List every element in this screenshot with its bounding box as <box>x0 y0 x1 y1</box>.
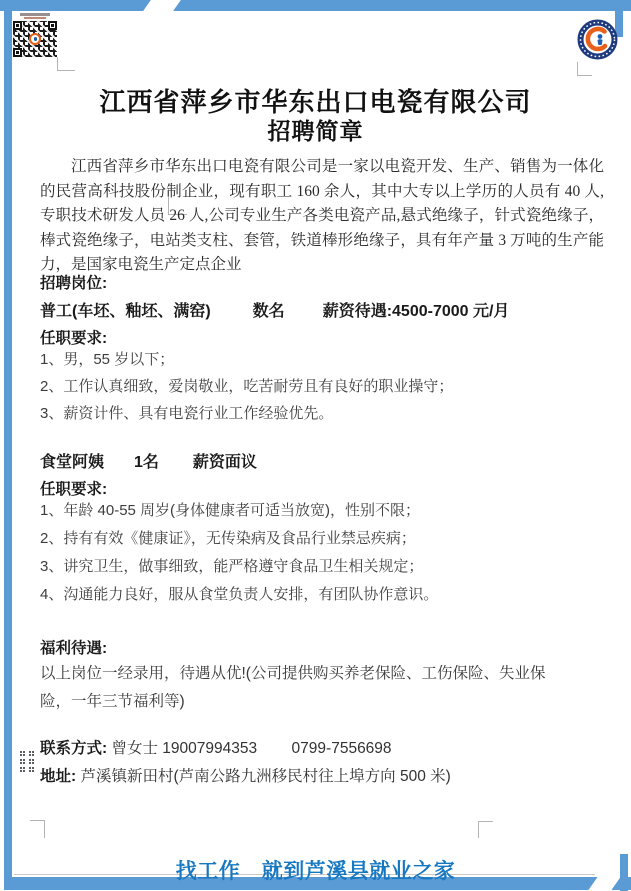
qr-finder-icon <box>13 48 22 57</box>
job-title: 普工(车坯、釉坯、满窑) <box>40 298 211 321</box>
top-border-band <box>0 0 631 11</box>
job-count: 1名 <box>134 449 159 472</box>
address-label: 地址: <box>40 768 76 785</box>
requirements-list: 1、男，55 岁以下； 2、工作认真细致，爱岗敬业，吃苦耐劳且有良好的职业操守；… <box>40 351 453 432</box>
crop-mark <box>44 820 45 838</box>
requirement-item: 3、薪资计件、具有电瓷行业工作经验优先。 <box>40 405 453 422</box>
crop-mark <box>57 70 75 71</box>
qr-caption-line <box>20 13 50 16</box>
positions-heading: 招聘岗位: <box>40 271 107 293</box>
requirement-item: 1、男，55 岁以下； <box>40 351 453 368</box>
requirement-item: 2、工作认真细致，爱岗敬业，吃苦耐劳且有良好的职业操守； <box>40 378 453 395</box>
requirements-heading: 任职要求: <box>40 326 107 348</box>
job-line-worker: 普工(车坯、釉坯、满窑) 数名 薪资待遇:4500-7000 元/月 <box>40 298 509 321</box>
address-value: 芦溪镇新田村(芦南公路九洲移民村往上埠方向 500 米) <box>76 768 451 785</box>
requirement-item: 4、沟通能力良好，服从食堂负责人安排，有团队协作意识。 <box>40 586 438 603</box>
job-salary: 薪资待遇:4500-7000 元/月 <box>323 298 510 321</box>
qr-code <box>12 12 57 58</box>
recruitment-flyer-page: 江西省萍乡市华东出口电瓷有限公司 招聘简章 江西省萍乡市华东出口电瓷有限公司是一… <box>0 0 631 891</box>
requirement-item: 3、讲究卫生，做事细致，能严格遵守食品卫生相关规定； <box>40 558 438 575</box>
crop-mark <box>577 62 578 76</box>
benefits-text: 以上岗位一经录用，待遇从优!(公司提供购买养老保险、工伤保险、失业保险，一年三节… <box>40 660 564 716</box>
page-subtitle: 招聘简章 <box>0 113 631 146</box>
job-line-canteen: 食堂阿姨 1名 薪资面议 <box>40 449 257 472</box>
qr-caption-line <box>24 17 46 19</box>
requirements-heading: 任职要求: <box>40 477 107 499</box>
benefits-heading: 福利待遇: <box>40 636 107 658</box>
requirements-list: 1、年龄 40-55 周岁(身体健康者可适当放宽)，性别不限； 2、持有有效《健… <box>40 502 438 614</box>
crop-mark <box>577 75 592 76</box>
crop-mark <box>478 821 479 838</box>
dots-handle-icon <box>20 751 34 772</box>
qr-center-logo-icon <box>29 33 41 45</box>
job-title: 食堂阿姨 <box>40 449 104 472</box>
company-intro: 江西省萍乡市华东出口电瓷有限公司是一家以电瓷开发、生产、销售为一体化的民营高科技… <box>40 155 604 278</box>
qr-finder-icon <box>13 21 22 30</box>
address-line: 地址: 芦溪镇新田村(芦南公路九洲移民村往上埠方向 500 米) <box>40 764 451 786</box>
contact-label: 联系方式: <box>40 740 107 757</box>
badge-logo-icon <box>577 19 618 60</box>
crop-mark <box>30 820 45 821</box>
top-border-notch <box>142 0 183 13</box>
requirement-item: 2、持有有效《健康证》，无传染病及食品行业禁忌疾病； <box>40 530 438 547</box>
qr-finder-icon <box>48 21 57 30</box>
qr-pattern <box>13 21 57 57</box>
crop-mark <box>57 57 58 71</box>
footer-slogan: 找工作 就到芦溪县就业之家 <box>0 855 631 885</box>
job-salary: 薪资面议 <box>193 449 257 472</box>
contact-value: 曾女士 19007994353 0799-7556698 <box>107 740 391 757</box>
requirement-item: 1、年龄 40-55 周岁(身体健康者可适当放宽)，性别不限； <box>40 502 438 519</box>
crop-mark <box>478 821 493 822</box>
contact-line: 联系方式: 曾女士 19007994353 0799-7556698 <box>40 736 392 758</box>
job-count: 数名 <box>253 298 285 321</box>
